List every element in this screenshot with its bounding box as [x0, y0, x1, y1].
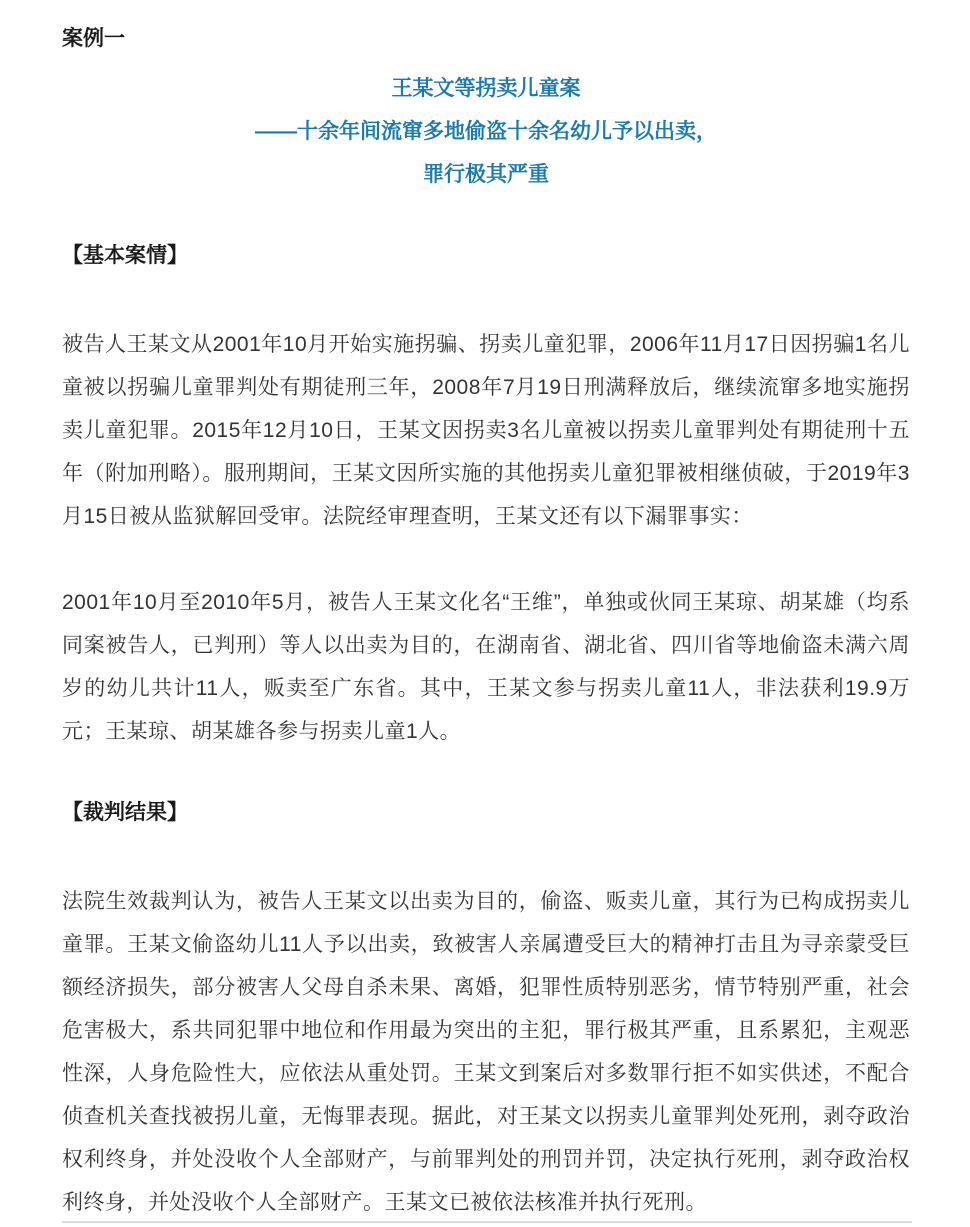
basic-facts-paragraph-1: 被告人王某文从2001年10月开始实施拐骗、拐卖儿童犯罪，2006年11月17日… [62, 323, 910, 538]
case-number-label: 案例一 [62, 27, 910, 51]
case-document: 案例一 王某文等拐卖儿童案 ——十余年间流窜多地偷盗十余名幼儿予以出卖， 罪行极… [0, 0, 970, 1224]
case-title-line-1: 王某文等拐卖儿童案 [62, 67, 910, 110]
judgment-result-paragraph-1: 法院生效裁判认为，被告人王某文以出卖为目的，偷盗、贩卖儿童，其行为已构成拐卖儿童… [62, 880, 910, 1224]
basic-facts-paragraph-2: 2001年10月至2010年5月，被告人王某文化名“王维”，单独或伙同王某琼、胡… [62, 581, 910, 753]
case-title-line-3: 罪行极其严重 [62, 153, 910, 196]
section-heading-basic-facts: 【基本案情】 [62, 244, 910, 268]
case-title-line-2: ——十余年间流窜多地偷盗十余名幼儿予以出卖， [62, 110, 910, 153]
case-title: 王某文等拐卖儿童案 ——十余年间流窜多地偷盗十余名幼儿予以出卖， 罪行极其严重 [62, 67, 910, 196]
section-heading-judgment-result: 【裁判结果】 [62, 801, 910, 825]
bottom-divider [62, 1221, 912, 1223]
